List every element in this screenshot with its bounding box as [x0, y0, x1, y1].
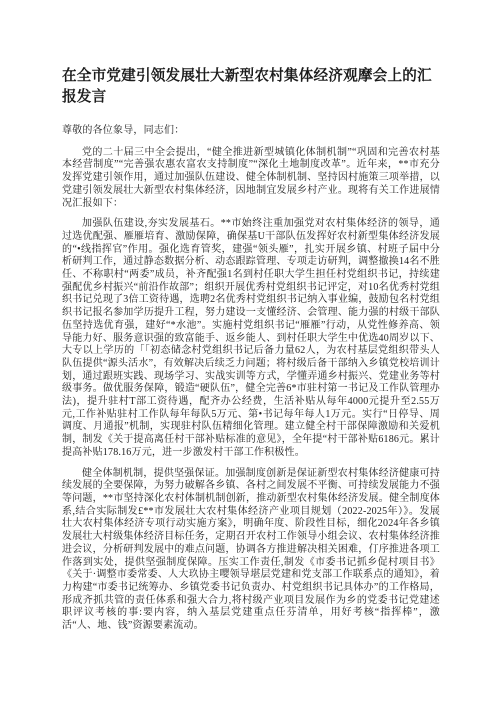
paragraph-institutional-mechanism: 健全体制机制，提供坚强保证。加强制度创新是保证新型农村集体经济健康可持续发展的全…: [62, 468, 440, 633]
salutation: 尊敬的各位象导，同志们：: [62, 125, 440, 138]
paragraph-team-building: 加强队伍建设,夯实发展基石。**市始终注重加强党对农村集体经济的领导，通过选优配…: [62, 218, 440, 459]
document-page: 在全市党建引领发展壮大新型农村集体经济观摩会上的汇报发言 尊敬的各位象导，同志们…: [0, 0, 500, 707]
document-title: 在全市党建引领发展壮大新型农村集体经济观摩会上的汇报发言: [62, 66, 440, 108]
paragraph-intro: 党的二十届三中全会提出，“健全推进新型城镇化体制机制”“巩固和完善农村基本经营制…: [62, 147, 440, 211]
